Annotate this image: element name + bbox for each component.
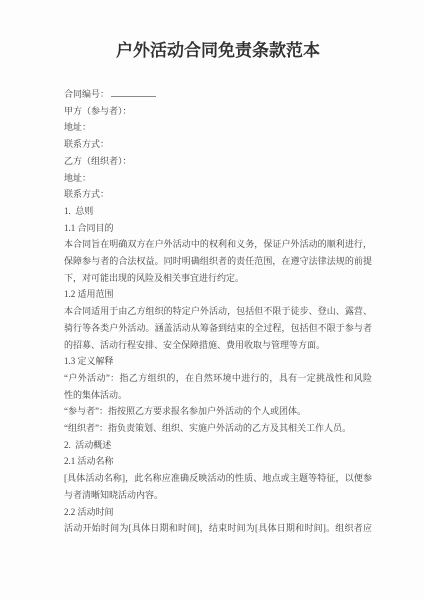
contract-number-blank xyxy=(111,88,156,97)
document-line: 保障参与者的合法权益。同时明确组织者的责任范围，在遵守法律法规的前提 xyxy=(64,253,372,270)
document-line: 本合同旨在明确双方在户外活动中的权利和义务，保证户外活动的顺利进行， xyxy=(64,236,372,253)
document-line: 地址： xyxy=(64,119,372,136)
document-line: 2.1 活动名称 xyxy=(64,453,372,470)
document-lines: 合同编号：甲方（参与者）：地址：联系方式：乙方（组织者）：地址：联系方式：1. … xyxy=(64,86,372,537)
document-line: 合同编号： xyxy=(64,86,372,103)
document-line: 1.1 合同目的 xyxy=(64,220,372,237)
document-title: 户外活动合同免责条款范本 xyxy=(64,38,372,64)
document-content: 户外活动合同免责条款范本 合同编号：甲方（参与者）：地址：联系方式：乙方（组织者… xyxy=(0,0,424,537)
document-line: 与者清晰知晓活动内容。 xyxy=(64,487,372,504)
document-line: 2.2 活动时间 xyxy=(64,504,372,521)
document-line: 乙方（组织者）： xyxy=(64,153,372,170)
document-line: 的招募、活动行程安排、安全保障措施、费用收取与管理等方面。 xyxy=(64,337,372,354)
document-line: 2. 活动概述 xyxy=(64,437,372,454)
document-page: 户外活动合同免责条款范本 合同编号：甲方（参与者）：地址：联系方式：乙方（组织者… xyxy=(0,0,424,600)
document-line: 1.2 适用范围 xyxy=(64,286,372,303)
document-line: 1. 总则 xyxy=(64,203,372,220)
document-line: “户外活动”：指乙方组织的，在自然环境中进行的，具有一定挑战性和风险 xyxy=(64,370,372,387)
document-line: 地址： xyxy=(64,170,372,187)
document-line: 性的集体活动。 xyxy=(64,387,372,404)
document-line: 下，对可能出现的风险及相关事宜进行约定。 xyxy=(64,270,372,287)
document-line: 联系方式： xyxy=(64,136,372,153)
document-line: 1.3 定义解释 xyxy=(64,353,372,370)
document-line: 本合同适用于由乙方组织的特定户外活动，包括但不限于徒步、登山、露营、 xyxy=(64,303,372,320)
document-line: “参与者”：指按照乙方要求报名参加户外活动的个人或团体。 xyxy=(64,403,372,420)
document-line: 甲方（参与者）： xyxy=(64,103,372,120)
document-line: 联系方式： xyxy=(64,186,372,203)
document-line: [具体活动名称]，此名称应准确反映活动的性质、地点或主题等特征，以便参 xyxy=(64,470,372,487)
document-line: “组织者”：指负责策划、组织、实施户外活动的乙方及其相关工作人员。 xyxy=(64,420,372,437)
document-line: 活动开始时间为[具体日期和时间]，结束时间为[具体日期和时间]。组织者应 xyxy=(64,520,372,537)
document-line: 骑行等各类户外活动。涵盖活动从筹备到结束的全过程，包括但不限于参与者 xyxy=(64,320,372,337)
